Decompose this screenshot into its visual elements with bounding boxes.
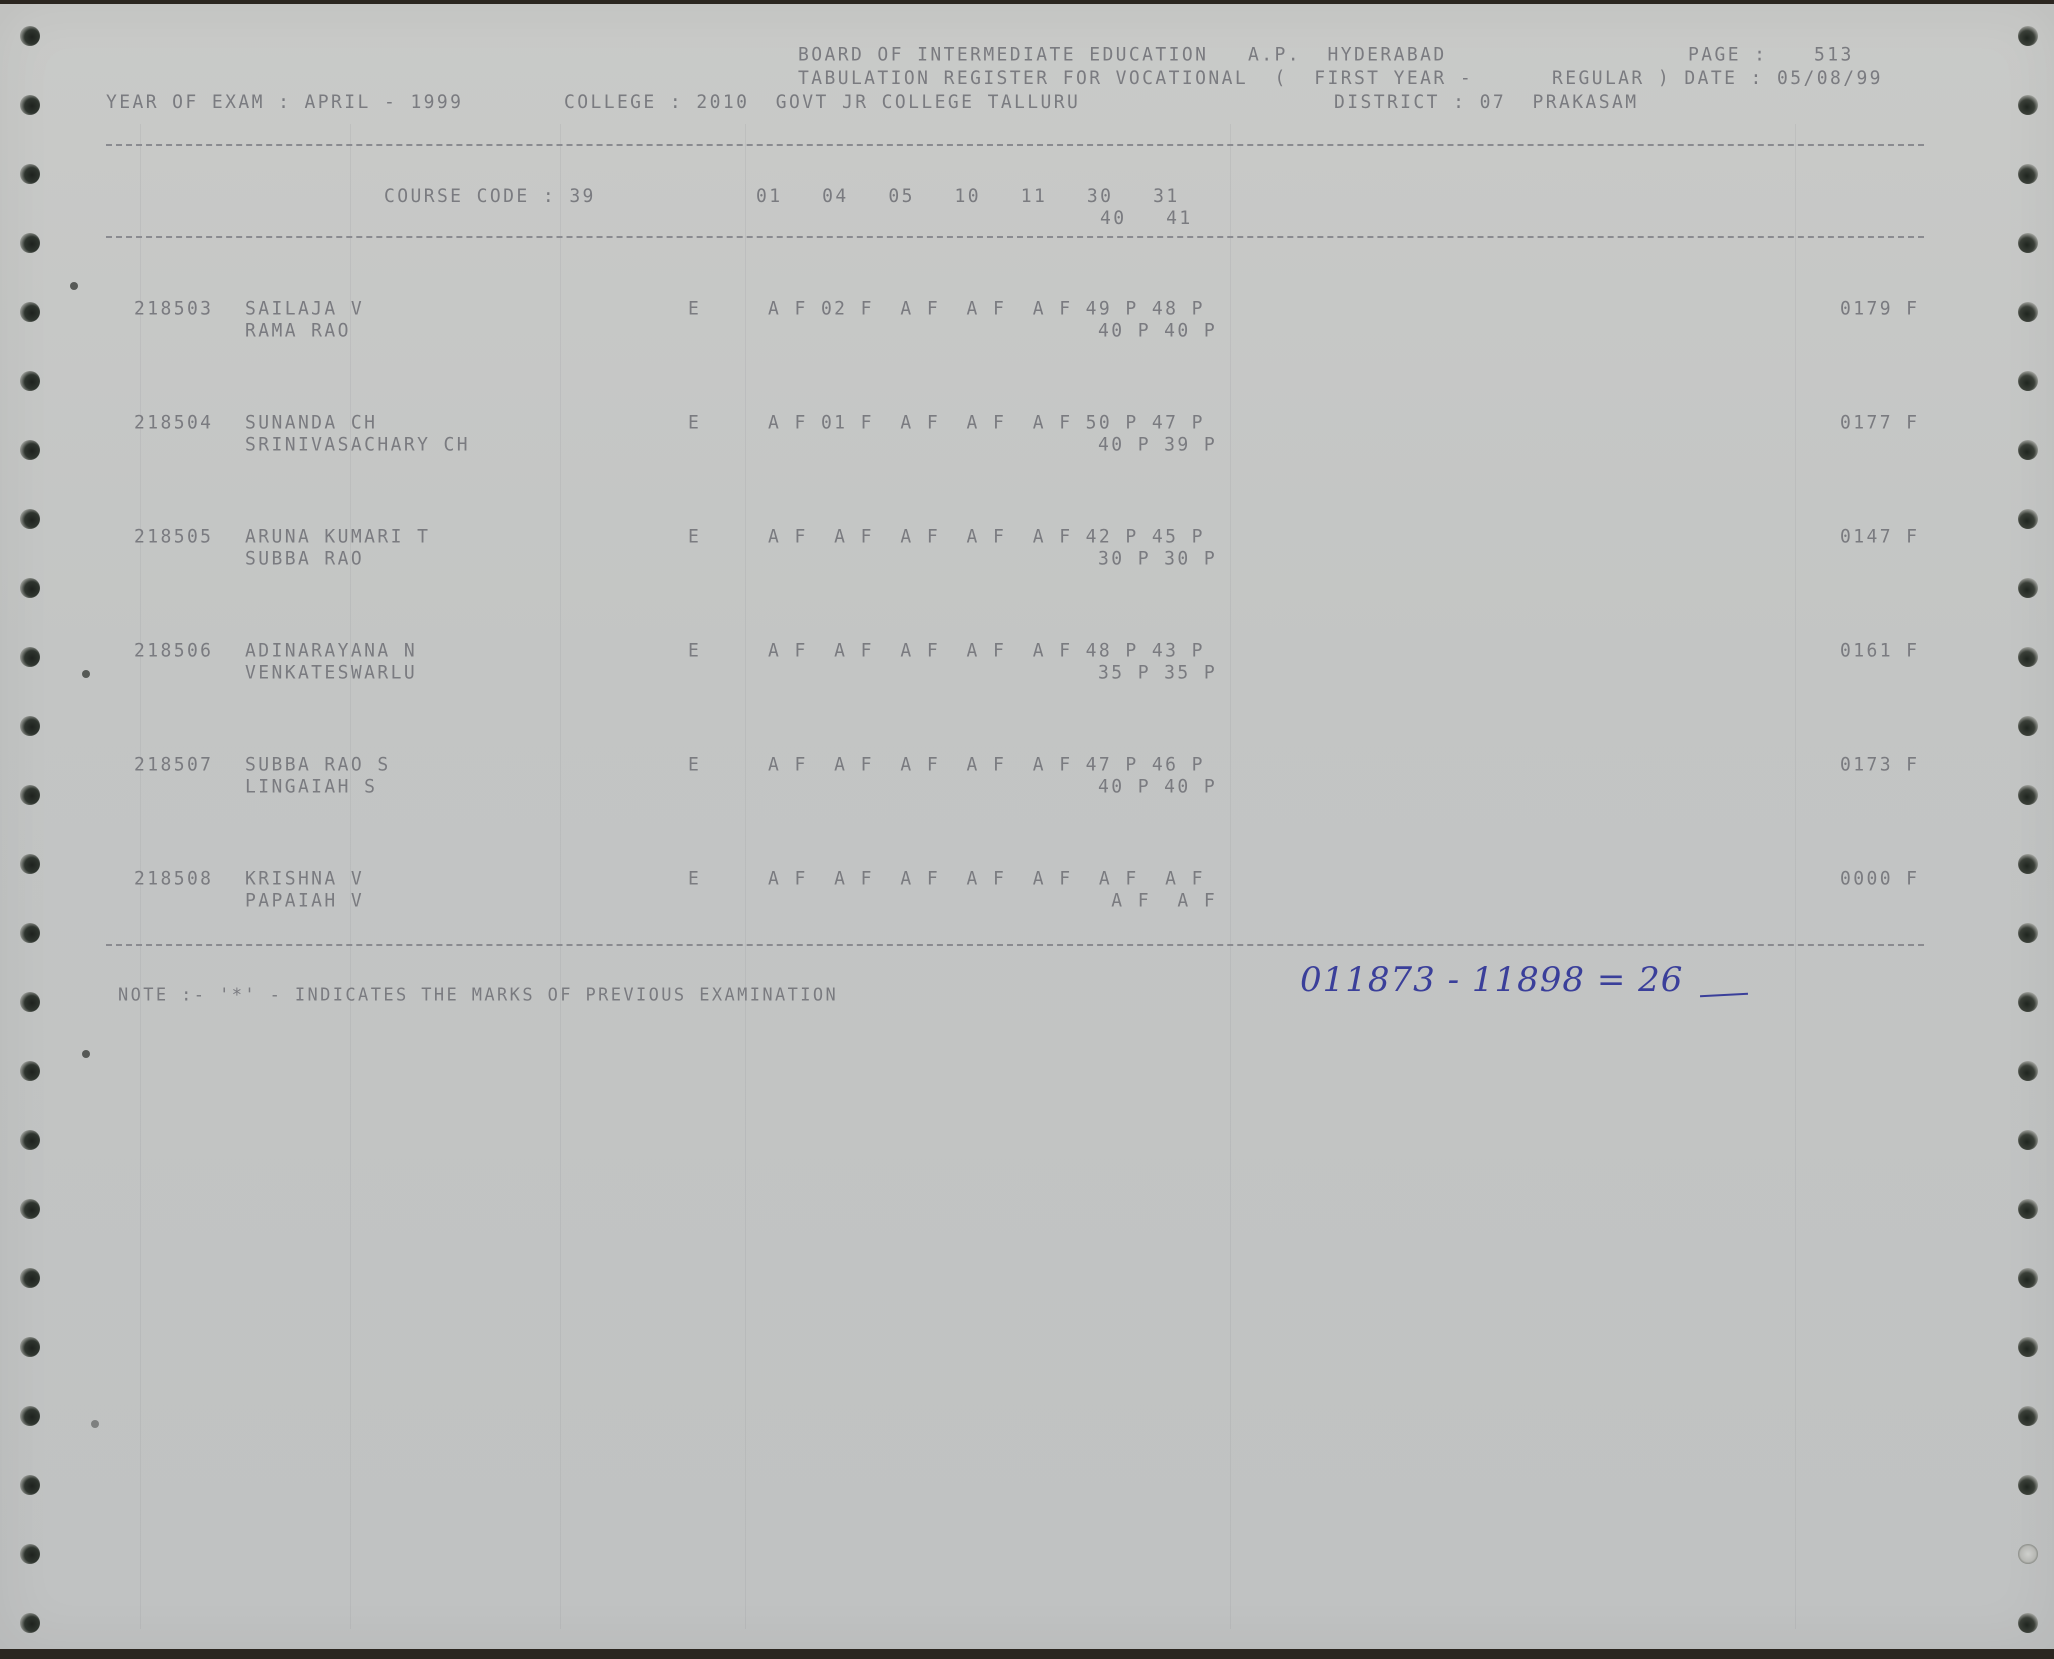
tractor-hole <box>2018 26 2038 46</box>
paper-speck <box>70 282 78 290</box>
roll-number: 218503 <box>134 297 213 320</box>
tractor-hole <box>20 854 40 874</box>
tractor-hole <box>20 716 40 736</box>
roll-number: 218505 <box>134 525 213 548</box>
student-name: ADINARAYANA N <box>245 639 417 662</box>
marks-row1: A F 02 F A F A F A F 49 P 48 P <box>768 297 1205 320</box>
tractor-hole <box>20 785 40 805</box>
total-result: 0179 F <box>1840 297 1919 320</box>
tractor-hole <box>20 1613 40 1633</box>
tractor-hole <box>20 1268 40 1288</box>
tractor-hole <box>2018 1613 2038 1633</box>
father-name: PAPAIAH V <box>245 889 364 912</box>
tractor-hole <box>20 1130 40 1150</box>
tractor-hole <box>2018 1268 2038 1288</box>
marks-row1: A F A F A F A F A F 48 P 43 P <box>768 639 1205 662</box>
marks-row1: A F A F A F A F A F 42 P 45 P <box>768 525 1205 548</box>
tractor-hole <box>20 923 40 943</box>
year-of-exam: YEAR OF EXAM : APRIL - 1999 <box>106 91 463 114</box>
tractor-hole <box>2018 578 2038 598</box>
tractor-hole <box>20 371 40 391</box>
divider-dashed <box>106 944 1924 946</box>
tractor-hole <box>20 1061 40 1081</box>
marks-row2: 40 P 40 P <box>1098 319 1217 342</box>
tractor-hole <box>2018 371 2038 391</box>
student-name: KRISHNA V <box>245 867 364 890</box>
tractor-hole <box>2018 1544 2038 1564</box>
father-name: SUBBA RAO <box>245 547 364 570</box>
tractor-hole <box>20 1406 40 1426</box>
total-result: 0147 F <box>1840 525 1919 548</box>
tractor-hole <box>2018 164 2038 184</box>
roll-number: 218506 <box>134 639 213 662</box>
tractor-hole <box>20 440 40 460</box>
tractor-hole <box>20 1544 40 1564</box>
tractor-hole <box>2018 992 2038 1012</box>
father-name: SRINIVASACHARY CH <box>245 433 470 456</box>
total-result: 0173 F <box>1840 753 1919 776</box>
tractor-hole <box>20 647 40 667</box>
medium: E <box>688 639 701 662</box>
ghost-column-line <box>1795 124 1796 1629</box>
page-number: 513 <box>1814 43 1854 66</box>
subject-codes-row2: 40 41 <box>1100 207 1193 230</box>
student-name: ARUNA KUMARI T <box>245 525 430 548</box>
medium: E <box>688 411 701 434</box>
tractor-hole <box>20 1475 40 1495</box>
marks-row1: A F 01 F A F A F A F 50 P 47 P <box>768 411 1205 434</box>
paper-speck <box>82 1050 90 1058</box>
tractor-hole <box>20 992 40 1012</box>
tractor-hole <box>2018 1406 2038 1426</box>
marks-row2: 40 P 40 P <box>1098 775 1217 798</box>
student-name: SAILAJA V <box>245 297 364 320</box>
ghost-column-line <box>560 124 561 1629</box>
tractor-hole <box>2018 785 2038 805</box>
register-title: TABULATION REGISTER FOR VOCATIONAL ( FIR… <box>798 67 1473 90</box>
medium: E <box>688 297 701 320</box>
footer-note: NOTE :- '*' - INDICATES THE MARKS OF PRE… <box>118 983 838 1006</box>
medium: E <box>688 753 701 776</box>
tractor-hole <box>20 1199 40 1219</box>
total-result: 0000 F <box>1840 867 1919 890</box>
subject-codes-row1: 01 04 05 10 11 30 31 <box>756 185 1180 208</box>
course-code: COURSE CODE : 39 <box>384 185 596 208</box>
tractor-hole <box>2018 1061 2038 1081</box>
tractor-hole <box>2018 1475 2038 1495</box>
student-name: SUNANDA CH <box>245 411 377 434</box>
tractor-hole <box>20 509 40 529</box>
marks-row1: A F A F A F A F A F 47 P 46 P <box>768 753 1205 776</box>
divider-dashed <box>106 236 1924 238</box>
student-name: SUBBA RAO S <box>245 753 391 776</box>
tractor-hole <box>20 26 40 46</box>
divider-dashed <box>106 144 1924 146</box>
father-name: VENKATESWARLU <box>245 661 417 684</box>
tractor-hole <box>20 302 40 322</box>
ghost-column-line <box>745 124 746 1629</box>
handwritten-annotation: 011873 - 11898 = 26 <box>1300 960 1683 1000</box>
tractor-hole <box>20 578 40 598</box>
tractor-hole <box>20 95 40 115</box>
ghost-column-line <box>1230 124 1231 1629</box>
page-label: PAGE : <box>1688 43 1767 66</box>
district-info: DISTRICT : 07 PRAKASAM <box>1334 91 1638 114</box>
regular-date: REGULAR ) DATE : 05/08/99 <box>1552 67 1883 90</box>
printout-page: BOARD OF INTERMEDIATE EDUCATION A.P. HYD… <box>0 4 2054 1649</box>
paper-speck <box>91 1420 99 1428</box>
total-result: 0177 F <box>1840 411 1919 434</box>
tractor-hole <box>20 164 40 184</box>
tractor-hole <box>2018 647 2038 667</box>
tractor-hole <box>2018 716 2038 736</box>
tractor-hole <box>2018 854 2038 874</box>
tractor-hole <box>2018 302 2038 322</box>
medium: E <box>688 867 701 890</box>
board-title: BOARD OF INTERMEDIATE EDUCATION A.P. HYD… <box>798 43 1447 66</box>
tractor-hole <box>2018 509 2038 529</box>
medium: E <box>688 525 701 548</box>
tractor-hole <box>20 1337 40 1357</box>
marks-row2: 30 P 30 P <box>1098 547 1217 570</box>
college-info: COLLEGE : 2010 GOVT JR COLLEGE TALLURU <box>564 91 1080 114</box>
handwritten-initials <box>1700 993 1748 998</box>
father-name: RAMA RAO <box>245 319 351 342</box>
tractor-hole <box>2018 233 2038 253</box>
marks-row2: 35 P 35 P <box>1098 661 1217 684</box>
tractor-hole <box>2018 440 2038 460</box>
paper-speck <box>82 670 90 678</box>
tractor-hole <box>2018 1130 2038 1150</box>
roll-number: 218507 <box>134 753 213 776</box>
tractor-hole <box>2018 1199 2038 1219</box>
marks-row1: A F A F A F A F A F A F A F <box>768 867 1205 890</box>
tractor-hole <box>2018 95 2038 115</box>
total-result: 0161 F <box>1840 639 1919 662</box>
tractor-hole <box>2018 1337 2038 1357</box>
father-name: LINGAIAH S <box>245 775 377 798</box>
tractor-hole <box>2018 923 2038 943</box>
marks-row2: 40 P 39 P <box>1098 433 1217 456</box>
tractor-hole <box>20 233 40 253</box>
roll-number: 218504 <box>134 411 213 434</box>
roll-number: 218508 <box>134 867 213 890</box>
marks-row2: A F A F <box>1098 889 1217 912</box>
